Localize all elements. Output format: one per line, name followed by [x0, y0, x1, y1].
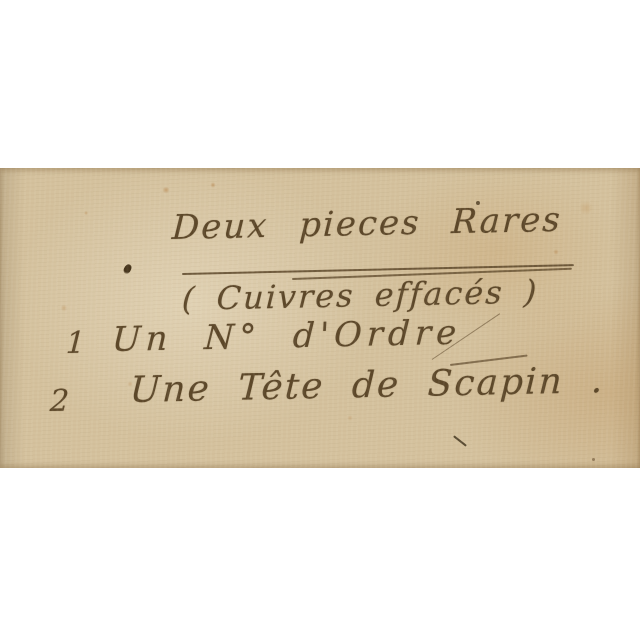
item-2-number: 2	[49, 384, 70, 419]
item-1-number: 1	[65, 326, 86, 361]
title-line: Deux pieces Rares	[171, 200, 563, 248]
manuscript-photo: Deux pieces Rares ( Cuivres effacés ) 1 …	[0, 168, 640, 468]
paper-speck	[476, 201, 480, 205]
ink-blot	[123, 263, 133, 275]
paper-speck	[592, 458, 595, 461]
item-1-text: Un N° d'Ordre	[111, 313, 462, 360]
page: Deux pieces Rares ( Cuivres effacés ) 1 …	[0, 0, 640, 640]
subtitle-line: ( Cuivres effacés )	[181, 273, 539, 319]
item-2-text: Une Tête de Scapin .	[129, 360, 606, 411]
paper-fiber	[453, 435, 467, 446]
